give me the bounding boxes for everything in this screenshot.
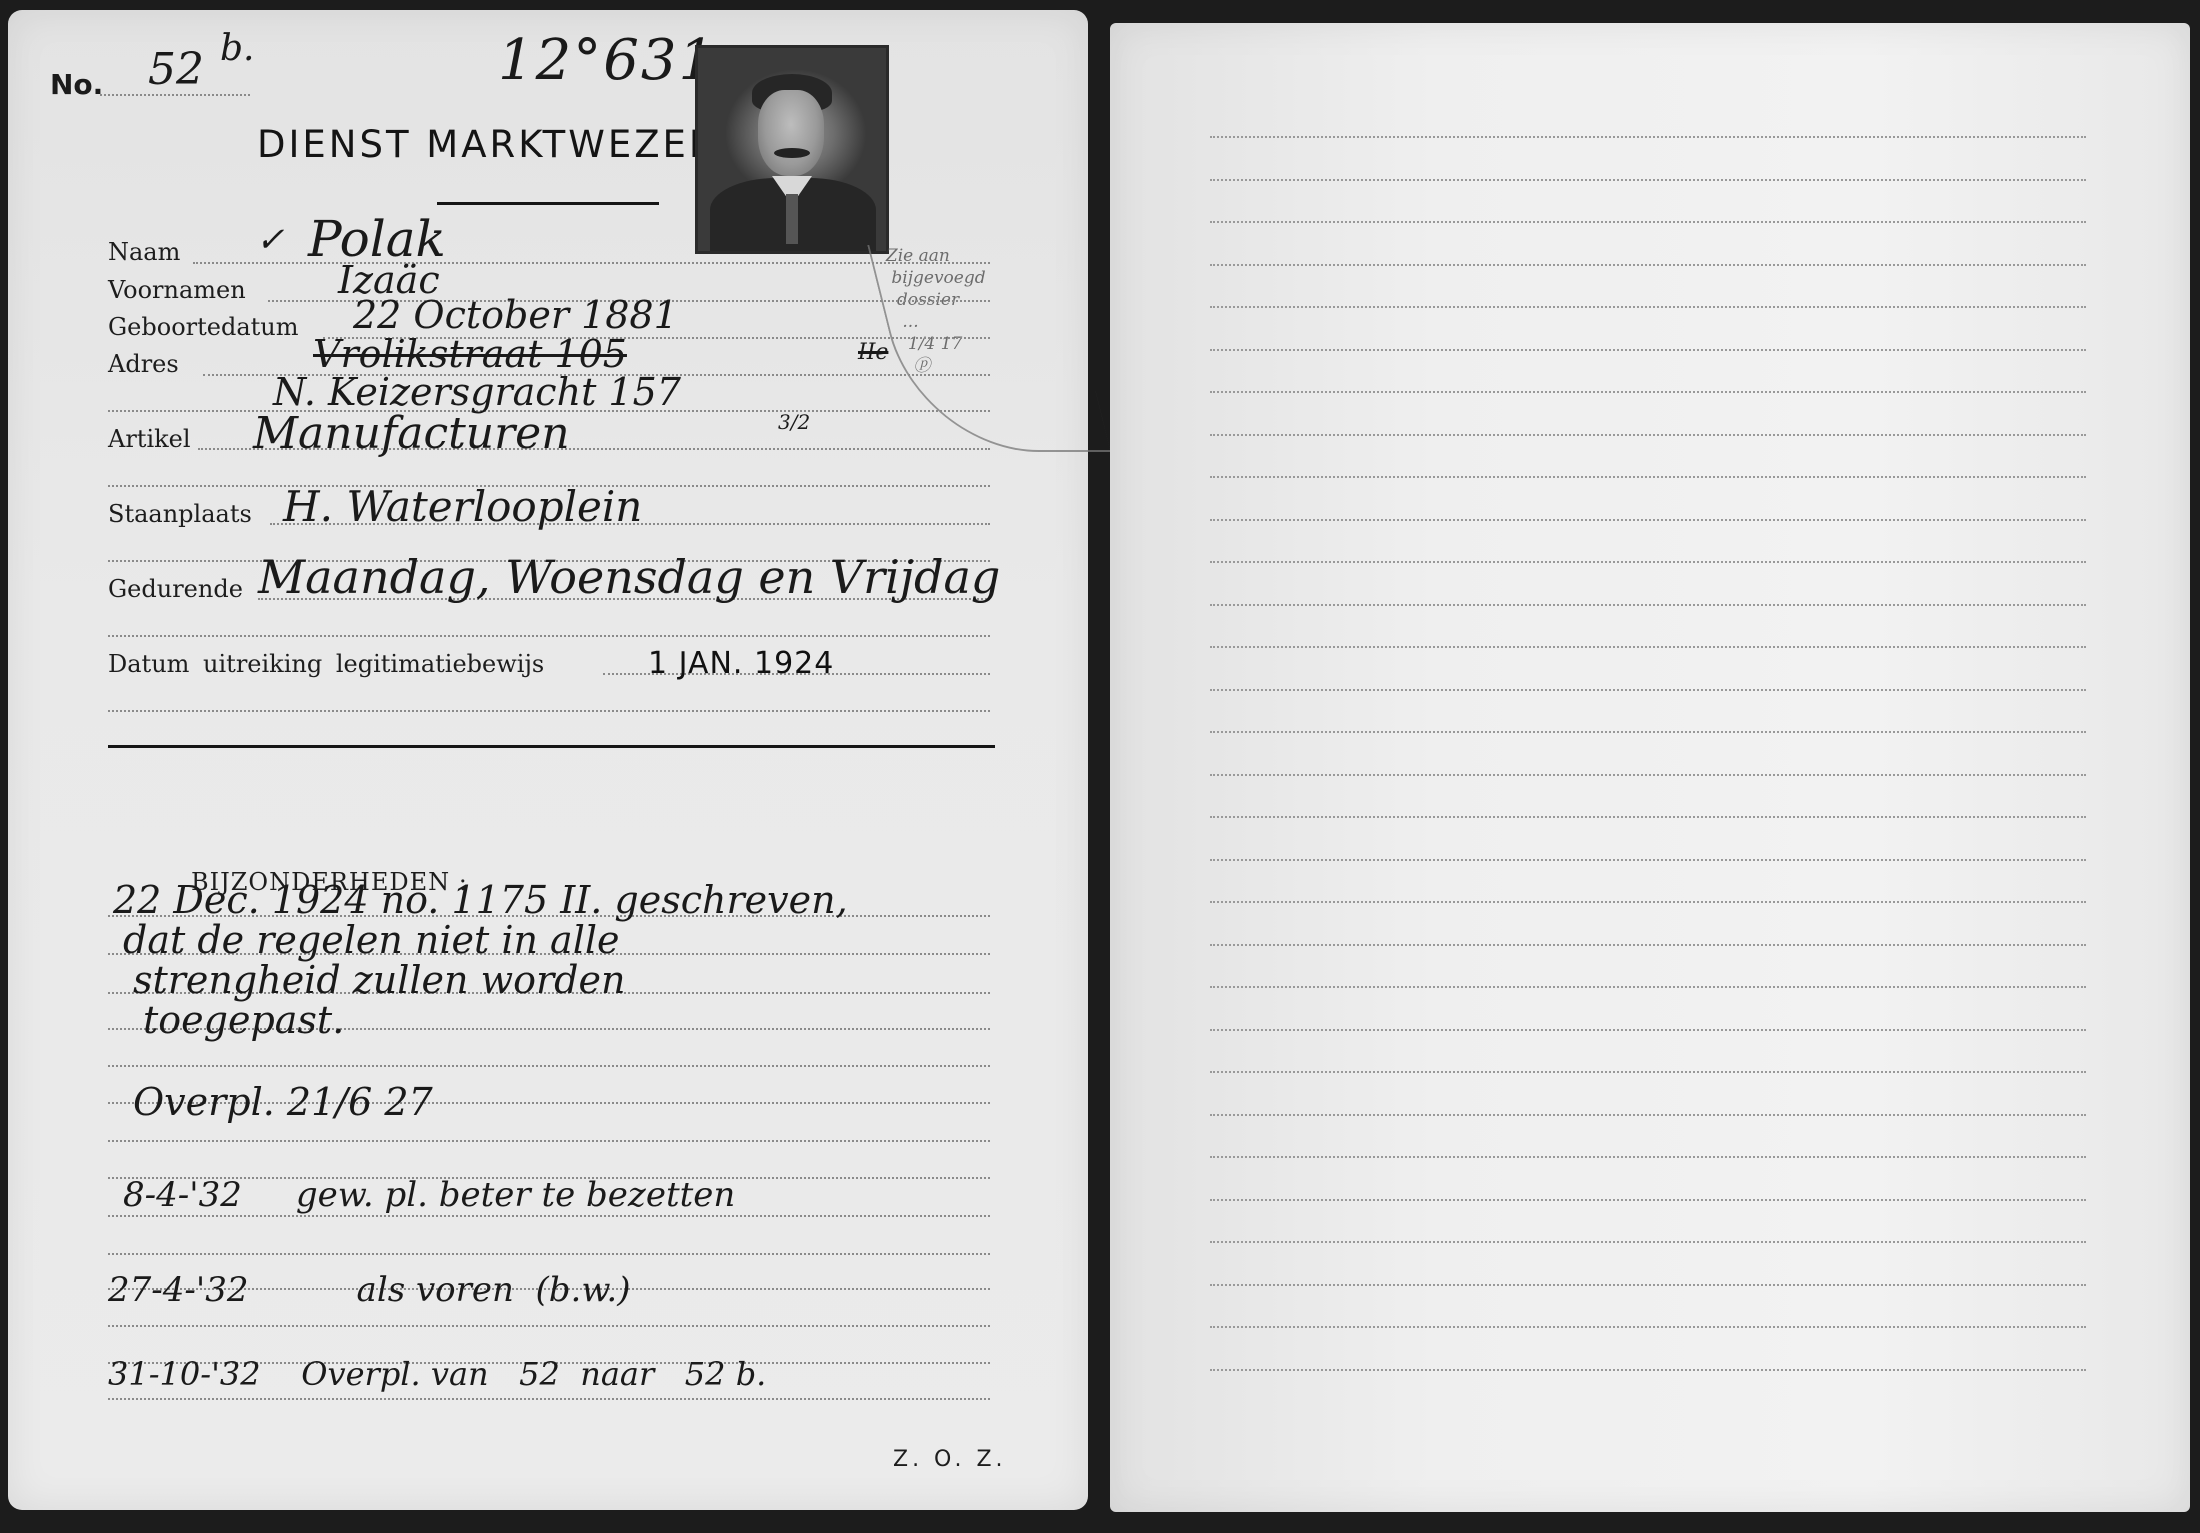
ruled-line [1210, 816, 2086, 818]
note-line: 27-4-'32 als voren (b.w.) [108, 1270, 631, 1310]
card-number-suffix: b. [220, 28, 255, 69]
ruled-line [1210, 391, 2086, 393]
reference-number: 12°631 [498, 28, 716, 93]
ruled-line [1210, 1241, 2086, 1243]
photo-mustache [774, 148, 810, 158]
field-value-adres-new-extra: 3/2 [778, 410, 810, 434]
notes-line [108, 1253, 990, 1255]
ruled-line [1210, 476, 2086, 478]
ruled-line [1210, 306, 2086, 308]
note-line: strengheid zullen worden [133, 958, 625, 1002]
card-front: No. 52 b. 12°631 DIENST MARKTWEZEN Zie a… [8, 10, 1088, 1510]
ruled-line [1210, 179, 2086, 181]
note-line: Overpl. 21/6 27 [133, 1080, 433, 1124]
field-value-gedurende: Maandag, Woensdag en Vrijdag [258, 550, 1000, 604]
ruled-line [1210, 1199, 2086, 1201]
field-value-geboortedatum: 22 October 1881 [353, 293, 678, 337]
field-label-artikel: Artikel [108, 425, 191, 453]
title-underline [437, 202, 659, 205]
ruled-line [1210, 1369, 2086, 1371]
ruled-line [1210, 944, 2086, 946]
ruled-line [1210, 136, 2086, 138]
ruled-line [1210, 859, 2086, 861]
ruled-line [1210, 1114, 2086, 1116]
card-back [1110, 23, 2190, 1512]
portrait-photo [695, 45, 889, 254]
photo-face [758, 90, 824, 176]
annotation-line: ... [888, 311, 1078, 333]
photo-tie [786, 194, 798, 244]
note-line: 31-10-'32 Overpl. van 52 naar 52 b. [108, 1355, 766, 1393]
ruled-line [1210, 986, 2086, 988]
field-value-artikel: Manufacturen [253, 408, 570, 459]
notes-line [108, 1140, 990, 1142]
annotation-line: bijgevoegd [877, 267, 1067, 289]
ruled-line [1210, 774, 2086, 776]
field-value-adres-old-extra: IIe [858, 340, 888, 365]
note-line: 8-4-'32 gew. pl. beter te bezetten [123, 1175, 735, 1215]
ruled-line [1210, 1029, 2086, 1031]
notes-line [108, 1215, 990, 1217]
field-label-gedurende: Gedurende [108, 575, 243, 603]
notes-line [108, 1065, 990, 1067]
ruled-line [1210, 561, 2086, 563]
field-line-datum-2 [108, 710, 990, 712]
field-label-datum-uitreiking: Datum uitreiking legitimatiebewijs [108, 650, 544, 678]
note-line: toegepast. [143, 998, 344, 1042]
card-number-label: No. [50, 68, 103, 101]
ruled-line [1210, 731, 2086, 733]
ruled-line [1210, 1156, 2086, 1158]
ruled-line [1210, 221, 2086, 223]
margin-annotation: Zie aan bijgevoegd dossier ... 1/4 17 ⓟ [867, 245, 1111, 452]
field-value-datum-uitreiking-stamp: 1 JAN. 1924 [648, 646, 834, 681]
ruled-line [1210, 1071, 2086, 1073]
ruled-line [1210, 434, 2086, 436]
checkmark-icon: ✓ [256, 220, 285, 260]
ruled-line [1210, 349, 2086, 351]
notes-line [108, 1398, 990, 1400]
card-number-value: 52 [148, 44, 204, 95]
ruled-line [1210, 901, 2086, 903]
ruled-line [1210, 646, 2086, 648]
notes-line [108, 1325, 990, 1327]
note-line: dat de regelen niet in alle [123, 918, 620, 962]
field-label-naam: Naam [108, 238, 180, 266]
ruled-line [1210, 1284, 2086, 1286]
turn-over-marker: Z. O. Z. [893, 1447, 1007, 1472]
section-divider [108, 745, 995, 748]
note-line: 22 Dec. 1924 no. 1175 II. geschreven, [113, 878, 848, 922]
ruled-line [1210, 1326, 2086, 1328]
field-line-gedurende-2 [108, 635, 990, 637]
field-label-staanplaats: Staanplaats [108, 500, 252, 528]
ruled-line [1210, 519, 2086, 521]
ruled-line [1210, 689, 2086, 691]
ruled-line [1210, 264, 2086, 266]
ruled-line [1210, 604, 2086, 606]
field-label-adres: Adres [108, 350, 179, 378]
field-value-staanplaats: H. Waterlooplein [283, 482, 642, 531]
field-label-voornamen: Voornamen [108, 276, 246, 304]
field-label-geboortedatum: Geboortedatum [108, 313, 299, 341]
card-title: DIENST MARKTWEZEN [257, 123, 695, 166]
